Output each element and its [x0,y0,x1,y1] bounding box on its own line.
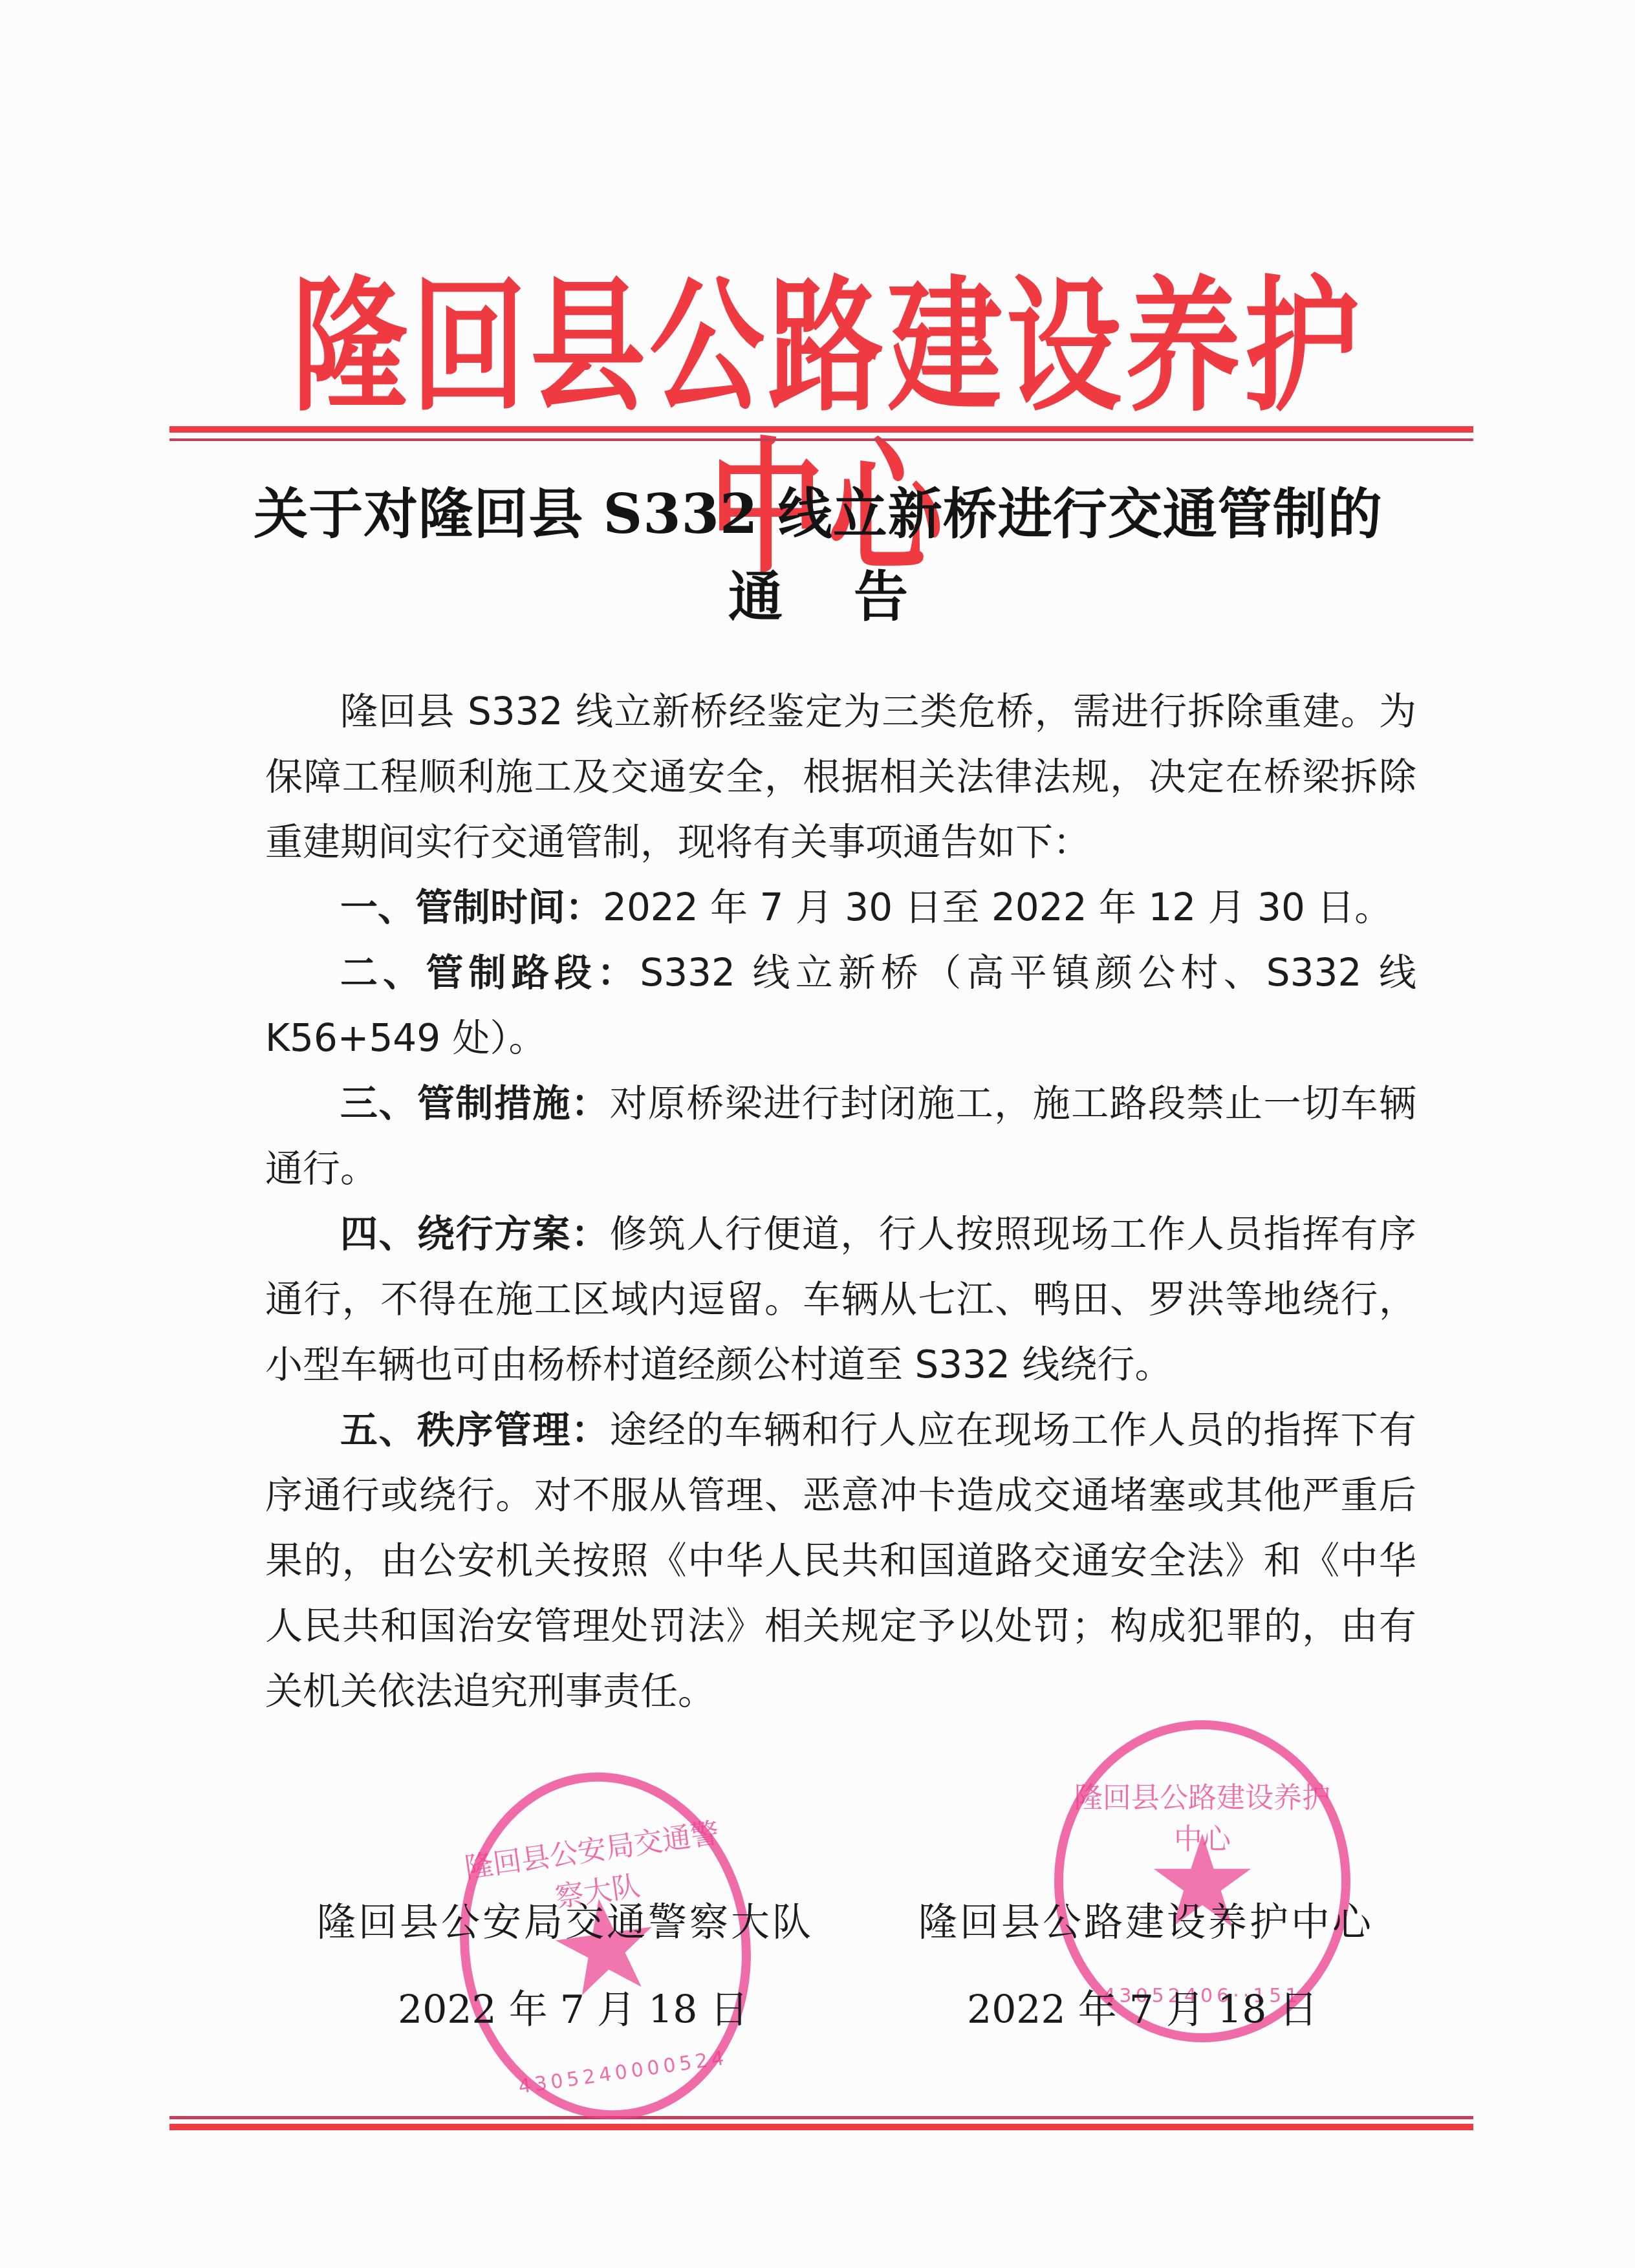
item-label: 三、管制措施： [340,1081,609,1125]
notice-body: 隆回县 S332 线立新桥经鉴定为三类危桥，需进行拆除重建。为保障工程顺利施工及… [265,679,1416,1724]
item-control-time: 一、管制时间：2022 年 7 月 30 日至 2022 年 12 月 30 日… [265,875,1416,940]
item-detour-plan: 四、绕行方案：修筑人行便道，行人按照现场工作人员指挥有序通行，不得在施工区域内逗… [265,1202,1416,1398]
notice-title-char: 告 [854,561,908,632]
footer-rule-thick [169,2124,1473,2130]
intro-paragraph: 隆回县 S332 线立新桥经鉴定为三类危桥，需进行拆除重建。为保障工程顺利施工及… [265,679,1416,875]
item-label: 二、管制路段： [340,951,640,995]
header-rule-thin [169,438,1473,441]
item-label: 一、管制时间： [340,885,603,929]
signature-date-traffic-police: 2022 年 7 月 18 日 [398,1979,749,2035]
header-rule-thick [169,426,1473,433]
item-label: 五、秩序管理： [340,1408,609,1452]
seal-code: 4305240000524 [487,2042,759,2102]
footer-rule-thin [169,2116,1473,2119]
item-control-measures: 三、管制措施：对原桥梁进行封闭施工，施工路段禁止一切车辆通行。 [265,1071,1416,1202]
notice-title-subtitle: 通告 [194,561,1442,632]
signature-org-highway-center: 隆回县公路建设养护中心 [918,1892,1374,1947]
item-order-management: 五、秩序管理：途经的车辆和行人应在现场工作人员的指挥下有序通行或绕行。对不服从管… [265,1398,1416,1724]
item-control-section: 二、管制路段：S332 线立新桥（高平镇颜公村、S332 线 K56+549 处… [265,940,1416,1071]
notice-title-char: 通 [728,561,783,632]
item-text: 途经的车辆和行人应在现场工作人员的指挥下有序通行或绕行。对不服从管理、恶意冲卡造… [265,1408,1416,1713]
notice-title: 关于对隆回县 S332 线立新桥进行交通管制的 [194,479,1442,550]
signature-date-highway-center: 2022 年 7 月 18 日 [967,1979,1318,2035]
signature-org-traffic-police: 隆回县公安局交通警察大队 [317,1892,814,1947]
item-label: 四、绕行方案： [340,1212,609,1256]
document-page: 隆回县公路建设养护中心 关于对隆回县 S332 线立新桥进行交通管制的 通告 隆… [0,0,1635,2268]
item-text: 2022 年 7 月 30 日至 2022 年 12 月 30 日。 [603,885,1392,929]
